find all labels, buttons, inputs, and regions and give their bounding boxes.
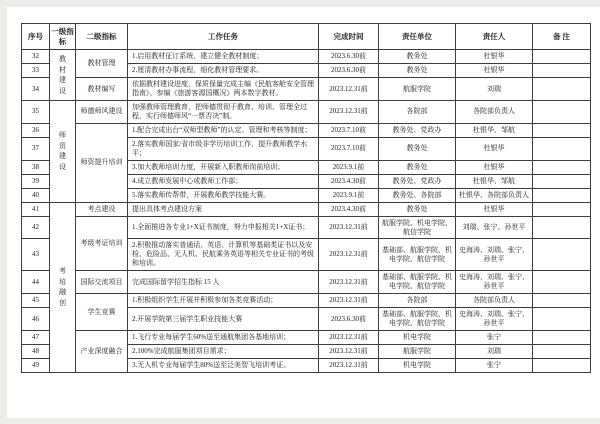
task-cell: 3.加大教师培训力度，开展新入职教师岗前培训； — [128, 160, 319, 174]
completion-time-cell: 2023.12.31前 — [319, 216, 379, 239]
responsible-person-cell: 张宁 — [456, 331, 533, 345]
task-cell: 1.配合完成出台“双师型教师”的认定、管理和考核等制度； — [128, 123, 319, 137]
note-cell — [533, 50, 591, 64]
task-cell: 1.全面推进各专业1+X证书制度，努力申报相关1+X证书； — [128, 216, 319, 239]
responsible-person-cell: 杜银华 — [456, 64, 533, 78]
document-page: 序号 一级指标 二级指标 工作任务 完成时间 责任单位 责任人 备 注 32教材… — [7, 7, 600, 418]
row-number-cell: 45 — [22, 294, 50, 308]
table-row: 35师资建设师德师风建设加强教师管理教育，把师德贯彻于教育、培训、管理全过程，实… — [22, 101, 591, 124]
responsible-person-cell: 刘瑞 — [456, 345, 533, 359]
row-number-cell: 46 — [22, 308, 50, 331]
table-row: 44国际交流项目完成国际留学招生指标 15 人2023.12.31前基础部、航服… — [22, 271, 591, 294]
level1-indicator-cell: 师资建设 — [50, 101, 76, 203]
col-header-task: 工作任务 — [128, 24, 319, 50]
responsible-unit-cell: 教务处、党政办 — [379, 174, 456, 188]
responsible-unit-cell: 各院部 — [379, 294, 456, 308]
table-row: 42考级考证培训1.全面推进各专业1+X证书制度，努力申报相关1+X证书；202… — [22, 216, 591, 239]
row-number-cell: 38 — [22, 160, 50, 174]
responsible-person-cell: 各院部负责人 — [456, 294, 533, 308]
level2-indicator-cell: 国际交流项目 — [76, 271, 128, 294]
row-number-cell: 41 — [22, 202, 50, 216]
task-cell: 1.启用教材征订系统，建立健全教材制度； — [128, 50, 319, 64]
col-header-completion-time: 完成时间 — [319, 24, 379, 50]
row-number-cell: 47 — [22, 331, 50, 345]
task-cell: 2.积极推动落实普通话、英语、计算机等基础类证书以及安检、危险品、无人机、民航乘… — [128, 239, 319, 271]
note-cell — [533, 64, 591, 78]
completion-time-cell: 2023.12.31前 — [319, 331, 379, 345]
responsible-person-cell: 史海涛、刘瑞、张宁、孙世平 — [456, 271, 533, 294]
completion-time-cell: 2023.12.31前 — [319, 359, 379, 373]
responsible-unit-cell: 教务处 — [379, 137, 456, 160]
table-row: 47产业深度融合1.飞行专业每届学生60%送至通航集团各基地培训；2023.12… — [22, 331, 591, 345]
task-cell: 1.飞行专业每届学生60%送至通航集团各基地培训； — [128, 331, 319, 345]
level1-indicator-cell: 教材建设 — [50, 50, 76, 101]
responsible-unit-cell: 教务处 — [379, 202, 456, 216]
completion-time-cell: 2023.9.1前 — [319, 160, 379, 174]
responsible-unit-cell: 机电学院 — [379, 331, 456, 345]
row-number-cell: 44 — [22, 271, 50, 294]
level2-indicator-cell: 师资提升培训 — [76, 123, 128, 202]
completion-time-cell: 2023.7.10前 — [319, 123, 379, 137]
responsible-unit-cell: 教务处、党政办 — [379, 123, 456, 137]
responsible-person-cell: 杜银华、各院部负责人 — [456, 188, 533, 202]
responsible-unit-cell: 机电学院 — [379, 359, 456, 373]
task-cell: 5.落实教师传帮带，开展教师教学技能大赛。 — [128, 188, 319, 202]
completion-time-cell: 2023.6.30前 — [319, 64, 379, 78]
responsible-unit-cell: 基础部、航服学院、机电学院、航信学院 — [379, 308, 456, 331]
note-cell — [533, 137, 591, 160]
task-cell: 2.落实教师国家/省市级非学历培训工作，提升教师教学水平； — [128, 137, 319, 160]
responsible-person-cell: 刘瑞 — [456, 78, 533, 101]
work-plan-table: 序号 一级指标 二级指标 工作任务 完成时间 责任单位 责任人 备 注 32教材… — [21, 23, 591, 373]
note-cell — [533, 271, 591, 294]
completion-time-cell: 2023.12.31前 — [319, 101, 379, 124]
responsible-unit-cell: 教务处 — [379, 50, 456, 64]
note-cell — [533, 331, 591, 345]
completion-time-cell: 2023.12.31前 — [319, 78, 379, 101]
task-cell: 2.开展学院第三届学生职业技能大赛 — [128, 308, 319, 331]
row-number-cell: 49 — [22, 359, 50, 373]
row-number-cell: 42 — [22, 216, 50, 239]
task-cell: 提出具体考点建设方案 — [128, 202, 319, 216]
col-header-level2-indicator: 二级指标 — [76, 24, 128, 50]
task-cell: 2.100%完成航服集团项目需求； — [128, 345, 319, 359]
col-header-responsible-person: 责任人 — [456, 24, 533, 50]
row-number-cell: 35 — [22, 101, 50, 124]
task-cell: 3.无人机专业每届学生80%送至泛美智飞培训考证。 — [128, 359, 319, 373]
responsible-person-cell: 杜银华 — [456, 160, 533, 174]
table-row: 45学生竞赛1.积极组织学生开展并积极参加各类竞赛活动；2023.12.31前各… — [22, 294, 591, 308]
note-cell — [533, 216, 591, 239]
level1-indicator-cell: 考培融创 — [50, 202, 76, 372]
level2-indicator-cell: 教材管理 — [76, 50, 128, 78]
row-number-cell: 34 — [22, 78, 50, 101]
responsible-unit-cell: 教务处 — [379, 160, 456, 174]
row-number-cell: 43 — [22, 239, 50, 271]
note-cell — [533, 101, 591, 124]
responsible-unit-cell: 基础部、航服学院、机电学院、航信学院 — [379, 271, 456, 294]
completion-time-cell: 2023.12.31前 — [319, 271, 379, 294]
responsible-unit-cell: 航服学院、机电学院、航信学院 — [379, 216, 456, 239]
level2-indicator-cell: 考点建设 — [76, 202, 128, 216]
responsible-unit-cell: 航服学院 — [379, 345, 456, 359]
task-cell: 完成国际留学招生指标 15 人 — [128, 271, 319, 294]
row-number-cell: 39 — [22, 174, 50, 188]
completion-time-cell: 2023.4.30前 — [319, 174, 379, 188]
table-row: 36师资提升培训1.配合完成出台“双师型教师”的认定、管理和考核等制度；2023… — [22, 123, 591, 137]
note-cell — [533, 202, 591, 216]
responsible-person-cell: 张宁 — [456, 359, 533, 373]
responsible-unit-cell: 各院部 — [379, 101, 456, 124]
note-cell — [533, 345, 591, 359]
level1-indicator-label: 教材建设 — [58, 54, 66, 96]
responsible-unit-cell: 航服学院 — [379, 78, 456, 101]
completion-time-cell: 2023.12.31前 — [319, 345, 379, 359]
responsible-person-cell: 各院部负责人 — [456, 101, 533, 124]
task-cell: 依据教材建设进度，保质保量完成主编《民航客舱安全管理指南》、参编《旅游客源国概况… — [128, 78, 319, 101]
completion-time-cell: 2023.4.30前 — [319, 202, 379, 216]
header-row: 序号 一级指标 二级指标 工作任务 完成时间 责任单位 责任人 备 注 — [22, 24, 591, 50]
col-header-number: 序号 — [22, 24, 50, 50]
note-cell — [533, 174, 591, 188]
row-number-cell: 36 — [22, 123, 50, 137]
level2-indicator-cell: 学生竞赛 — [76, 294, 128, 331]
note-cell — [533, 239, 591, 271]
col-header-responsible-unit: 责任单位 — [379, 24, 456, 50]
responsible-person-cell: 杜银华、邹航 — [456, 174, 533, 188]
level2-indicator-cell: 教材编写 — [76, 78, 128, 101]
responsible-unit-cell: 教务处 — [379, 64, 456, 78]
completion-time-cell: 2023.6.30前 — [319, 50, 379, 64]
row-number-cell: 32 — [22, 50, 50, 64]
task-cell: 2.厘清教材办事流程，细化教材管理要求。 — [128, 64, 319, 78]
completion-time-cell: 2023.9.1前 — [319, 188, 379, 202]
col-header-note: 备 注 — [533, 24, 591, 50]
note-cell — [533, 123, 591, 137]
task-cell: 1.积极组织学生开展并积极参加各类竞赛活动； — [128, 294, 319, 308]
note-cell — [533, 359, 591, 373]
row-number-cell: 37 — [22, 137, 50, 160]
note-cell — [533, 78, 591, 101]
completion-time-cell: 2023.7.10前 — [319, 137, 379, 160]
responsible-person-cell: 杜银华 — [456, 202, 533, 216]
completion-time-cell: 2023.12.31前 — [319, 294, 379, 308]
note-cell — [533, 188, 591, 202]
table-row: 34教材编写依据教材建设进度，保质保量完成主编《民航客舱安全管理指南》、参编《旅… — [22, 78, 591, 101]
note-cell — [533, 294, 591, 308]
task-cell: 加强教师管理教育，把师德贯彻于教育、培训、管理全过程，实行师德师风“一票否决”制… — [128, 101, 319, 124]
table-row: 41考培融创考点建设提出具体考点建设方案2023.4.30前教务处杜银华 — [22, 202, 591, 216]
note-cell — [533, 160, 591, 174]
responsible-person-cell: 杜银华 — [456, 50, 533, 64]
responsible-person-cell: 杜银华 — [456, 137, 533, 160]
row-number-cell: 48 — [22, 345, 50, 359]
col-header-level1-indicator: 一级指标 — [50, 24, 76, 50]
responsible-unit-cell: 基础部、航服学院、机电学院、航信学院 — [379, 239, 456, 271]
responsible-person-cell: 杜银华、邹航 — [456, 123, 533, 137]
task-cell: 4.成立教师发展中心或教师工作部； — [128, 174, 319, 188]
level2-indicator-cell: 考级考证培训 — [76, 216, 128, 271]
row-number-cell: 40 — [22, 188, 50, 202]
completion-time-cell: 2023.6.30前 — [319, 308, 379, 331]
responsible-person-cell: 史海涛、刘瑞、张宁、孙世平 — [456, 308, 533, 331]
level1-indicator-label: 考培融创 — [58, 266, 66, 308]
responsible-unit-cell: 教务处、各院部 — [379, 188, 456, 202]
level1-indicator-label: 师资建设 — [58, 130, 66, 172]
row-number-cell: 33 — [22, 64, 50, 78]
responsible-person-cell: 刘瑞、张宁、孙世平 — [456, 216, 533, 239]
table-row: 32教材建设教材管理1.启用教材征订系统，建立健全教材制度；2023.6.30前… — [22, 50, 591, 64]
level2-indicator-cell: 师德师风建设 — [76, 101, 128, 124]
note-cell — [533, 308, 591, 331]
completion-time-cell: 2023.12.31前 — [319, 239, 379, 271]
level2-indicator-cell: 产业深度融合 — [76, 331, 128, 373]
responsible-person-cell: 史海涛、刘瑞、张宁、孙世平 — [456, 239, 533, 271]
